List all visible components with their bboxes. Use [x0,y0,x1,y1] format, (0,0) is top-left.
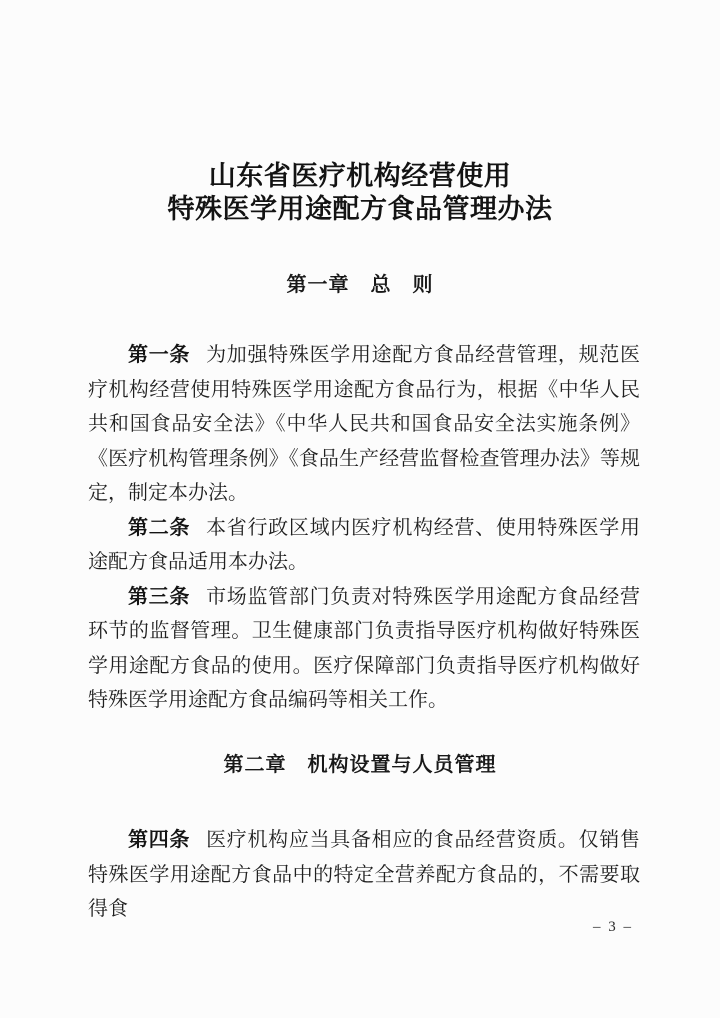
chapter-1-body: 第一条为加强特殊医学用途配方食品经营管理，规范医疗机构经营使用特殊医学用途配方食… [88,338,640,718]
document-title-line-1: 山东省医疗机构经营使用 [0,160,720,193]
chapter-2-body: 第四条医疗机构应当具备相应的食品经营资质。仅销售特殊医学用途配方食品中的特定全营… [88,823,640,927]
article-1-label: 第一条 [128,344,206,366]
chapter-1-heading: 第一章 总 则 [0,273,720,297]
page-number: – 3 – [593,918,633,936]
article-1: 第一条为加强特殊医学用途配方食品经营管理，规范医疗机构经营使用特殊医学用途配方食… [88,338,640,511]
article-3: 第三条市场监管部门负责对特殊医学用途配方食品经营环节的监督管理。卫生健康部门负责… [88,580,640,718]
article-2-label: 第二条 [128,517,206,539]
article-3-label: 第三条 [128,586,206,608]
document-title: 山东省医疗机构经营使用 特殊医学用途配方食品管理办法 [0,160,720,226]
article-1-text: 为加强特殊医学用途配方食品经营管理，规范医疗机构经营使用特殊医学用途配方食品行为… [88,344,640,504]
document-title-line-2: 特殊医学用途配方食品管理办法 [0,193,720,226]
chapter-2-heading: 第二章 机构设置与人员管理 [0,753,720,777]
document-page: 山东省医疗机构经营使用 特殊医学用途配方食品管理办法 第一章 总 则 第一条为加… [0,0,720,1018]
article-2: 第二条本省行政区域内医疗机构经营、使用特殊医学用途配方食品适用本办法。 [88,511,640,580]
article-4-label: 第四条 [128,829,206,851]
article-4: 第四条医疗机构应当具备相应的食品经营资质。仅销售特殊医学用途配方食品中的特定全营… [88,823,640,927]
